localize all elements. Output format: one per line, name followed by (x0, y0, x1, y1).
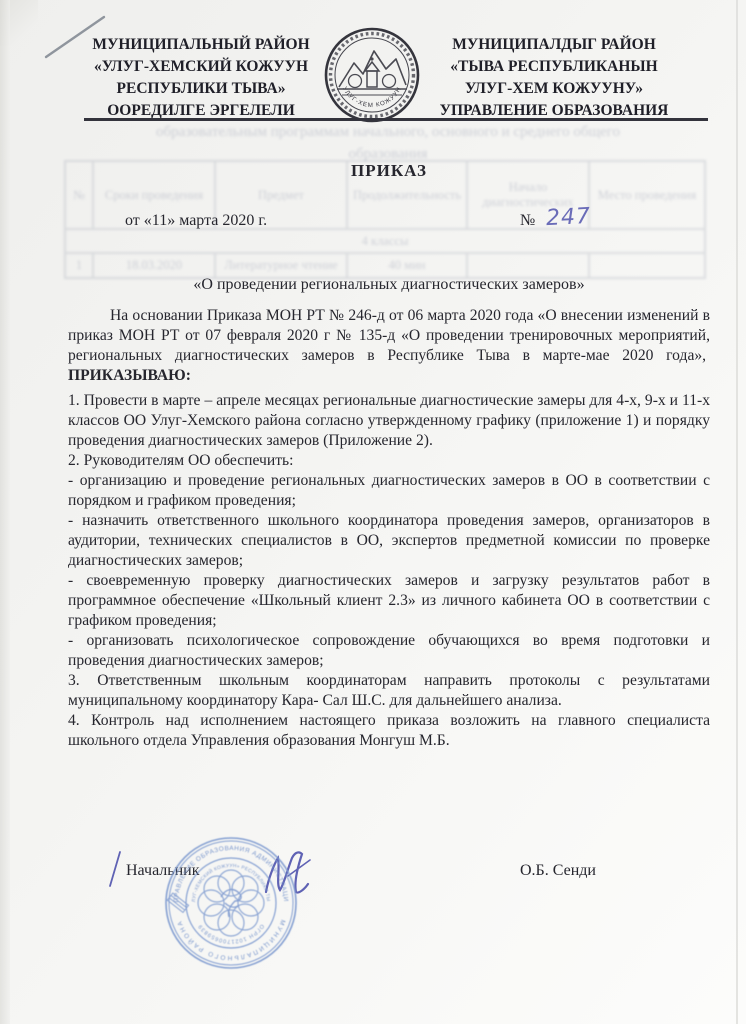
handwritten-order-number: 247 (545, 204, 591, 231)
svg-text:«УЛУГ-ХЕМСКИЙ КОЖУУН» РЕСПУБЛИ: «УЛУГ-ХЕМСКИЙ КОЖУУН» РЕСПУБЛИКИ ТЫВА (191, 863, 271, 905)
bleed-through-line: образовательным программам начального, о… (68, 124, 708, 141)
org-line: РЕСПУБЛИКИ ТЫВА» (60, 78, 342, 100)
org-line: УЛУГ-ХЕМ КОЖУУНУ» (404, 78, 704, 100)
org-line: МУНИЦИПАЛДЫГ РАЙОН (404, 34, 704, 56)
order-body: На основании Приказа МОН РТ № 246-д от 0… (68, 306, 710, 751)
letterhead-divider (84, 118, 708, 121)
paragraph: 4. Контроль над исполнением настоящего п… (68, 711, 710, 751)
paragraph: 2. Руководителям ОО обеспечить: (68, 451, 710, 471)
scan-right-edge (736, 0, 738, 1024)
paragraph: 3. Ответственным школьным координаторам … (68, 671, 710, 711)
ghost-cell (467, 253, 589, 278)
org-name-tuvan: МУНИЦИПАЛДЫГ РАЙОН «ТЫВА РЕСПУБЛИКАНЫН У… (404, 34, 704, 122)
official-round-stamp: УПРАВЛЕНИЕ ОБРАЗОВАНИЯ АДМИНИСТРАЦИИ МУН… (151, 823, 311, 983)
paragraph: На основании Приказа МОН РТ № 246-д от 0… (68, 306, 710, 386)
scanned-order-page: образовательным программам начального, о… (0, 0, 746, 1024)
ghost-cell: 18.03.2020 (93, 253, 215, 278)
signer-name: О.Б. Сенди (520, 862, 596, 880)
ghost-cell: 1 (65, 253, 93, 278)
order-date: от «11» марта 2020 г. (125, 212, 267, 229)
prikazyvayu-keyword: ПРИКАЗЫВАЮ: (68, 367, 191, 384)
scan-left-edge (0, 0, 10, 1024)
paragraph: - организацию и проведение региональных … (68, 471, 710, 511)
document-type-title: ПРИКАЗ (68, 161, 710, 181)
paragraph: - назначить ответственного школьного коо… (68, 511, 710, 571)
coat-of-arms-icon: УЛУГ-ХЕМ КОЖУУН (324, 26, 420, 124)
org-line: «УЛУГ-ХЕМСКИЙ КОЖУУН (60, 56, 342, 78)
paragraph-text: На основании Приказа МОН РТ № 246-д от 0… (68, 307, 710, 364)
paragraph: 1. Провести в марте – апреле месяцах рег… (68, 391, 710, 451)
date-and-number-row: от «11» марта 2020 г. № 247 (68, 212, 710, 230)
ghost-cell (589, 253, 705, 278)
paragraph: - организовать психологическое сопровожд… (68, 631, 710, 671)
paragraph: - своевременную проверку диагностических… (68, 571, 710, 631)
org-line: МУНИЦИПАЛЬНЫЙ РАЙОН (60, 34, 342, 56)
ghost-cell: 40 мин (347, 253, 467, 278)
ghost-cell: 4 классы (65, 229, 705, 253)
org-name-russian: МУНИЦИПАЛЬНЫЙ РАЙОН «УЛУГ-ХЕМСКИЙ КОЖУУН… (60, 34, 342, 122)
org-line: «ТЫВА РЕСПУБЛИКАНЫН (404, 56, 704, 78)
number-sign-label: № (520, 212, 535, 230)
order-subject: «О проведении региональных диагностическ… (68, 276, 710, 294)
ghost-cell: Литературное чтение (215, 253, 347, 278)
stamp-inner-text: «УЛУГ-ХЕМСКИЙ КОЖУУН» РЕСПУБЛИКИ ТЫВА (191, 863, 271, 905)
